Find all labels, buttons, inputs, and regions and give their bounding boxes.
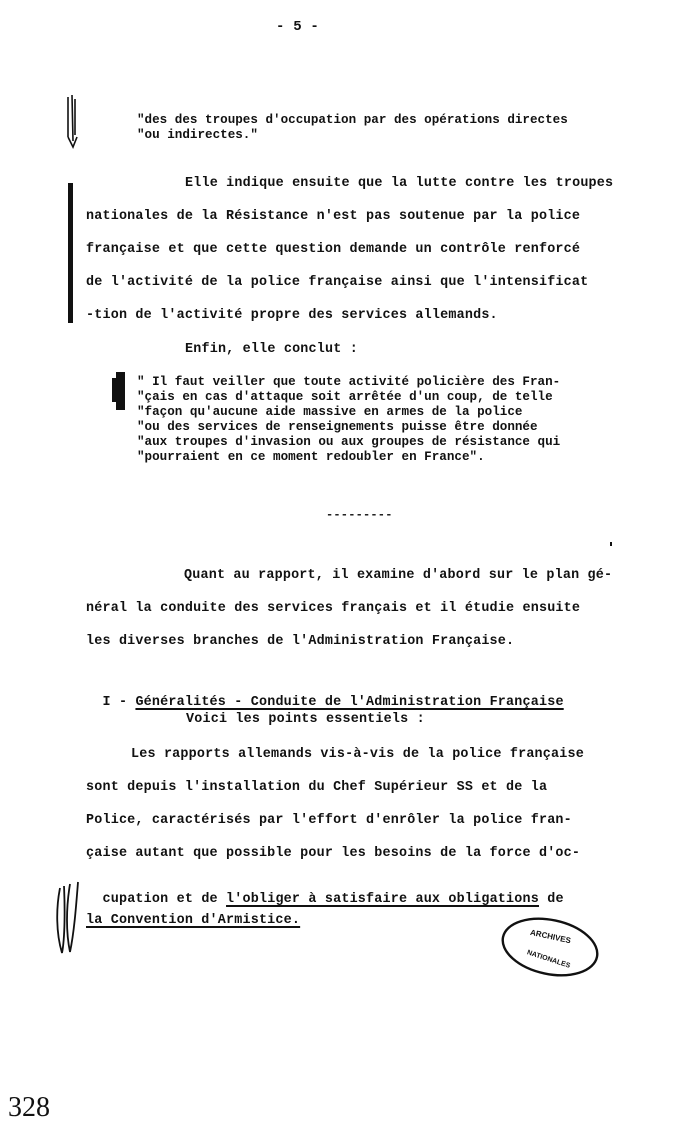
block-quote-line: "pourraient en ce moment redoubler en Fr… — [137, 451, 485, 464]
block-quote-line: " Il faut veiller que toute activité pol… — [137, 376, 560, 389]
paragraph-line: Police, caractérisés par l'effort d'enrô… — [86, 814, 572, 827]
paragraph-line: les diverses branches de l'Administratio… — [86, 635, 514, 648]
quote-continuation-line: "ou indirectes." — [137, 129, 258, 142]
block-quote-line: "façon qu'aucune aide massive en armes d… — [137, 406, 522, 419]
margin-bar — [68, 183, 73, 323]
line-text: de — [539, 892, 564, 907]
section-separator: --------- — [326, 509, 393, 521]
paragraph-line: Quant au rapport, il examine d'abord sur… — [184, 569, 612, 582]
margin-mark-icon — [52, 878, 86, 958]
section-number: I - — [102, 695, 135, 710]
paragraph-line: française et que cette question demande … — [86, 243, 580, 256]
section-title: Généralités - Conduite de l'Administrati… — [135, 695, 563, 710]
paragraph-line: néral la conduite des services français … — [86, 602, 580, 615]
quote-margin-block — [112, 378, 117, 402]
section-heading: I - Généralités - Conduite de l'Administ… — [86, 683, 564, 710]
stamp-top-text: ARCHIVES — [529, 928, 572, 946]
underlined-text: l'obliger à satisfaire aux obligations — [226, 892, 539, 907]
paragraph-line: Les rapports allemands vis-à-vis de la p… — [131, 748, 584, 761]
paragraph-line: -tion de l'activité propre des services … — [86, 309, 498, 322]
page-number: 328 — [8, 1092, 50, 1124]
block-quote-line: "aux troupes d'invasion ou aux groupes d… — [137, 436, 560, 449]
paragraph-line: cupation et de l'obliger à satisfaire au… — [86, 880, 564, 907]
line-text: cupation et de — [102, 892, 226, 907]
underlined-line: la Convention d'Armistice. — [86, 914, 300, 927]
quote-margin-block — [116, 372, 125, 410]
page-marker: - 5 - — [276, 20, 319, 34]
stamp-bottom-text: NATIONALES — [526, 949, 571, 970]
paragraph-line: Elle indique ensuite que la lutte contre… — [185, 177, 613, 190]
paragraph-line: nationales de la Résistance n'est pas so… — [86, 210, 580, 223]
paragraph-line: çaise autant que possible pour les besoi… — [86, 847, 580, 860]
paragraph-line: sont depuis l'installation du Chef Supér… — [86, 781, 547, 794]
quote-continuation-line: "des des troupes d'occupation par des op… — [137, 114, 568, 127]
block-quote-line: "ou des services de renseignements puiss… — [137, 421, 538, 434]
stray-mark — [610, 542, 612, 546]
archive-stamp-icon: ARCHIVES NATIONALES — [498, 915, 602, 979]
paragraph-line: de l'activité de la police française ain… — [86, 276, 588, 289]
margin-mark-icon — [62, 95, 84, 150]
essentials-intro: Voici les points essentiels : — [186, 713, 425, 726]
conclusion-intro: Enfin, elle conclut : — [185, 343, 358, 356]
block-quote-line: "çais en cas d'attaque soit arrêtée d'un… — [137, 391, 553, 404]
